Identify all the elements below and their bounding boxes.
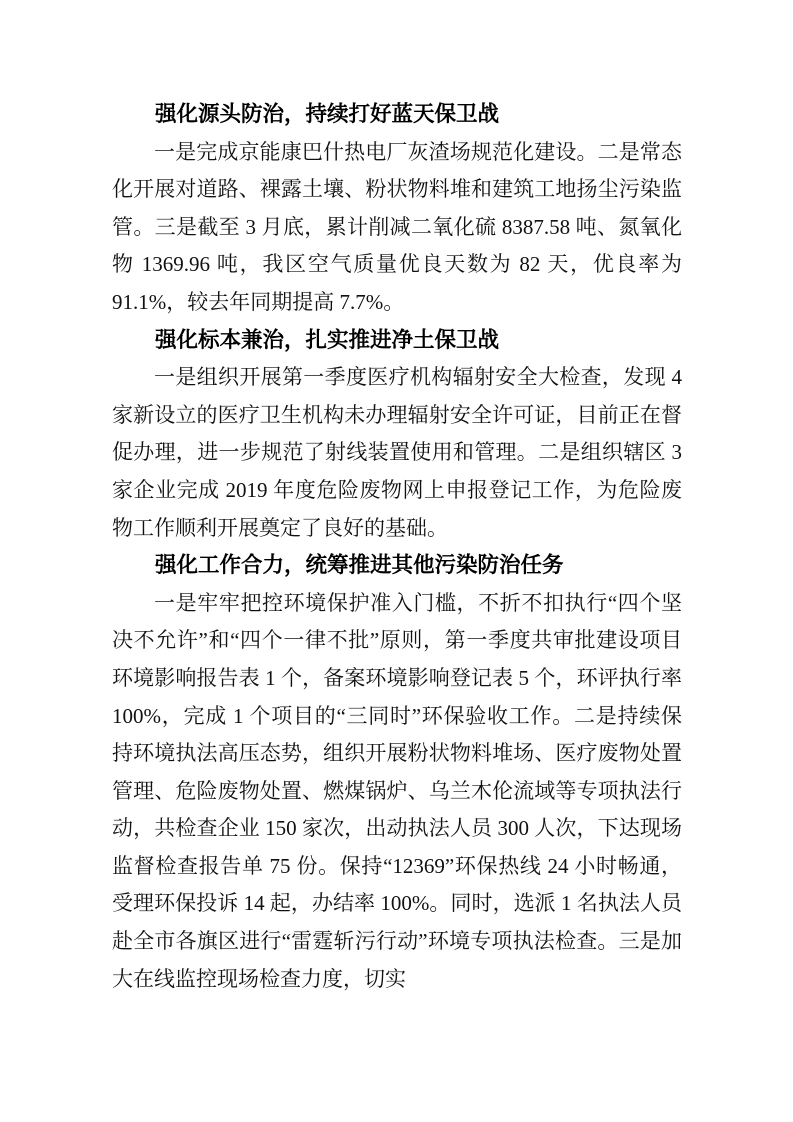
document-page: 强化源头防治，持续打好蓝天保卫战 一是完成京能康巴什热电厂灰渣场规范化建设。二是…	[0, 0, 793, 1122]
document-content: 强化源头防治，持续打好蓝天保卫战 一是完成京能康巴什热电厂灰渣场规范化建设。二是…	[112, 96, 682, 998]
section-paragraph-clean-soil: 一是组织开展第一季度医疗机构辐射安全大检查，发现 4 家新设立的医疗卫生机构未办…	[112, 359, 682, 547]
section-heading-clean-soil: 强化标本兼治，扎实推进净土保卫战	[112, 322, 682, 360]
section-heading-joint-efforts: 强化工作合力，统筹推进其他污染防治任务	[112, 547, 682, 585]
section-heading-blue-sky: 强化源头防治，持续打好蓝天保卫战	[112, 96, 682, 134]
section-paragraph-joint-efforts: 一是牢牢把控环境保护准入门槛，不折不扣执行“四个坚决不允许”和“四个一律不批”原…	[112, 585, 682, 999]
section-paragraph-blue-sky: 一是完成京能康巴什热电厂灰渣场规范化建设。二是常态化开展对道路、裸露土壤、粉状物…	[112, 134, 682, 322]
